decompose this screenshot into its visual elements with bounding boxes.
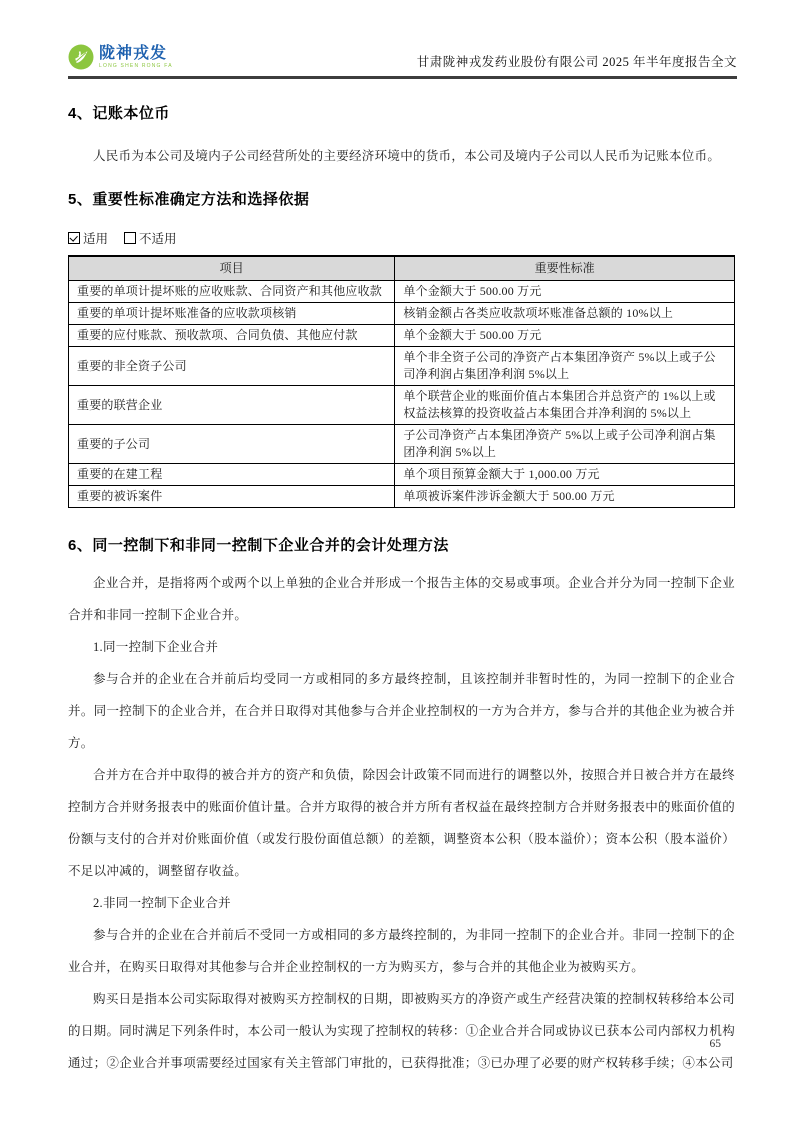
section5-heading: 5、重要性标准确定方法和选择依据 xyxy=(68,188,735,209)
table-cell: 单个金额大于 500.00 万元 xyxy=(395,325,735,347)
section4-paragraph: 人民币为本公司及境内子公司经营所处的主要经济环境中的货币，本公司及境内子公司以人… xyxy=(68,141,735,171)
table-cell: 单个项目预算金额大于 1,000.00 万元 xyxy=(395,464,735,486)
table-cell: 重要的联营企业 xyxy=(69,386,395,425)
table-cell: 单个非全资子公司的净资产占本集团净资产 5%以上或子公司净利润占集团净利润 5%… xyxy=(395,347,735,386)
not-applicable-option: 不适用 xyxy=(124,229,177,247)
logo-icon xyxy=(68,44,94,70)
body-paragraph: 购买日是指本公司实际取得对被购买方控制权的日期，即被购买方的净资产或生产经营决策… xyxy=(68,983,735,1079)
report-page: { "header": { "logo": { "cn": "陇神戎发", "e… xyxy=(0,0,793,1122)
table-row: 重要的单项计提坏账准备的应收款项核销核销金额占各类应收款项坏账准备总额的 10%… xyxy=(69,303,735,325)
table-row: 重要的在建工程单个项目预算金额大于 1,000.00 万元 xyxy=(69,464,735,486)
table-body: 重要的单项计提坏账的应收账款、合同资产和其他应收款单个金额大于 500.00 万… xyxy=(69,281,735,508)
table-row: 重要的应付账款、预收款项、合同负债、其他应付款单个金额大于 500.00 万元 xyxy=(69,325,735,347)
applicable-label: 适用 xyxy=(83,229,108,247)
applicable-option: 适用 xyxy=(68,229,108,247)
section6-paragraphs: 企业合并，是指将两个或两个以上单独的企业合并形成一个报告主体的交易或事项。企业合… xyxy=(68,567,735,1079)
column-header-criteria: 重要性标准 xyxy=(395,256,735,281)
logo-text: 陇神戎发 LONG SHEN RONG FA xyxy=(99,46,173,69)
table-cell: 核销金额占各类应收款项坏账准备总额的 10%以上 xyxy=(395,303,735,325)
page-content: 4、记账本位币 人民币为本公司及境内子公司经营所处的主要经济环境中的货币，本公司… xyxy=(68,92,735,1079)
table-row: 重要的子公司子公司净资产占本集团净资产 5%以上或子公司净利润占集团净利润 5%… xyxy=(69,425,735,464)
body-paragraph: 1.同一控制下企业合并 xyxy=(68,631,735,663)
table-cell: 重要的单项计提坏账准备的应收款项核销 xyxy=(69,303,395,325)
not-applicable-label: 不适用 xyxy=(139,229,177,247)
table-cell: 单个联营企业的账面价值占本集团合并总资产的 1%以上或权益法核算的投资收益占本集… xyxy=(395,386,735,425)
logo-en-text: LONG SHEN RONG FA xyxy=(99,64,173,69)
table-row: 重要的非全资子公司单个非全资子公司的净资产占本集团净资产 5%以上或子公司净利润… xyxy=(69,347,735,386)
body-paragraph: 合并方在合并中取得的被合并方的资产和负债，除因会计政策不同而进行的调整以外，按照… xyxy=(68,759,735,887)
page-number: 65 xyxy=(710,1038,722,1050)
body-paragraph: 企业合并，是指将两个或两个以上单独的企业合并形成一个报告主体的交易或事项。企业合… xyxy=(68,567,735,631)
table-row: 重要的被诉案件单项被诉案件涉诉金额大于 500.00 万元 xyxy=(69,486,735,508)
page-header: 陇神戎发 LONG SHEN RONG FA 甘肃陇神戎发药业股份有限公司 20… xyxy=(68,44,737,79)
column-header-item: 项目 xyxy=(69,256,395,281)
table-row: 重要的单项计提坏账的应收账款、合同资产和其他应收款单个金额大于 500.00 万… xyxy=(69,281,735,303)
section6-heading: 6、同一控制下和非同一控制下企业合并的会计处理方法 xyxy=(68,534,735,555)
table-row: 重要的联营企业单个联营企业的账面价值占本集团合并总资产的 1%以上或权益法核算的… xyxy=(69,386,735,425)
document-title: 甘肃陇神戎发药业股份有限公司 2025 年半年度报告全文 xyxy=(417,52,737,70)
body-paragraph: 2.非同一控制下企业合并 xyxy=(68,887,735,919)
table-cell: 重要的在建工程 xyxy=(69,464,395,486)
significance-criteria-table: 项目 重要性标准 重要的单项计提坏账的应收账款、合同资产和其他应收款单个金额大于… xyxy=(68,255,735,508)
logo-cn-text: 陇神戎发 xyxy=(99,46,173,62)
table-cell: 重要的被诉案件 xyxy=(69,486,395,508)
checked-checkbox-icon xyxy=(68,232,80,244)
table-cell: 单项被诉案件涉诉金额大于 500.00 万元 xyxy=(395,486,735,508)
section4-heading: 4、记账本位币 xyxy=(68,102,735,123)
table-cell: 重要的单项计提坏账的应收账款、合同资产和其他应收款 xyxy=(69,281,395,303)
table-cell: 重要的非全资子公司 xyxy=(69,347,395,386)
applicability-row: 适用 不适用 xyxy=(68,229,735,247)
table-cell: 子公司净资产占本集团净资产 5%以上或子公司净利润占集团净利润 5%以上 xyxy=(395,425,735,464)
company-logo: 陇神戎发 LONG SHEN RONG FA xyxy=(68,44,173,70)
body-paragraph: 参与合并的企业在合并前后不受同一方或相同的多方最终控制的，为非同一控制下的企业合… xyxy=(68,919,735,983)
table-header-row: 项目 重要性标准 xyxy=(69,256,735,281)
table-cell: 单个金额大于 500.00 万元 xyxy=(395,281,735,303)
table-cell: 重要的子公司 xyxy=(69,425,395,464)
table-cell: 重要的应付账款、预收款项、合同负债、其他应付款 xyxy=(69,325,395,347)
body-paragraph: 参与合并的企业在合并前后均受同一方或相同的多方最终控制，且该控制并非暂时性的，为… xyxy=(68,663,735,759)
unchecked-checkbox-icon xyxy=(124,232,136,244)
